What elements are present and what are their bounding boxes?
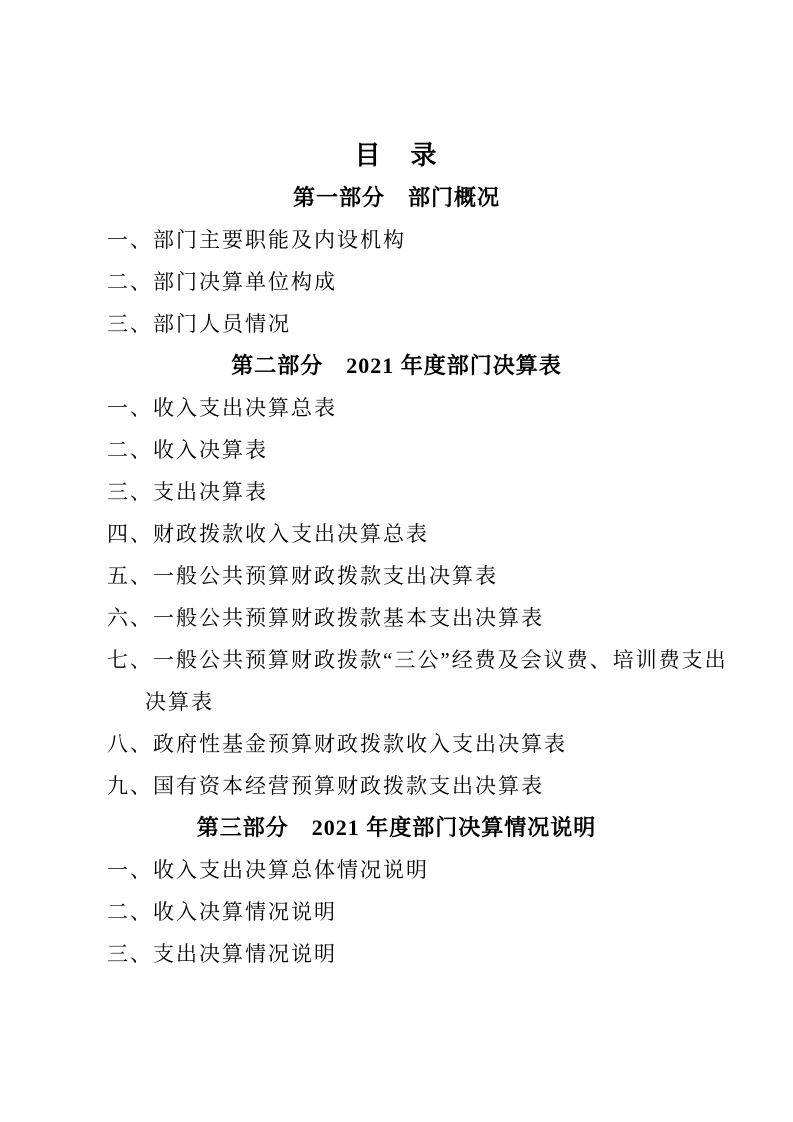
- toc-item-3-3: 三、支出决算情况说明: [0, 933, 793, 975]
- toc-item-2-7-continuation: 决算表: [0, 681, 793, 723]
- toc-item-1-1: 一、部门主要职能及内设机构: [0, 219, 793, 261]
- toc-item-2-6: 六、一般公共预算财政拨款基本支出决算表: [0, 597, 793, 639]
- toc-item-2-5: 五、一般公共预算财政拨款支出决算表: [0, 555, 793, 597]
- toc-item-2-4: 四、财政拨款收入支出决算总表: [0, 513, 793, 555]
- toc-item-2-3: 三、支出决算表: [0, 471, 793, 513]
- section-2-heading: 第二部分 2021 年度部门决算表: [0, 345, 793, 387]
- toc-item-3-2: 二、收入决算情况说明: [0, 891, 793, 933]
- toc-item-1-2: 二、部门决算单位构成: [0, 261, 793, 303]
- toc-item-1-3: 三、部门人员情况: [0, 303, 793, 345]
- toc-title: 目 录: [0, 135, 793, 177]
- toc-item-2-1: 一、收入支出决算总表: [0, 387, 793, 429]
- toc-item-2-9: 九、国有资本经营预算财政拨款支出决算表: [0, 765, 793, 807]
- toc-item-3-1: 一、收入支出决算总体情况说明: [0, 849, 793, 891]
- toc-item-2-7: 七、一般公共预算财政拨款“三公”经费及会议费、培训费支出: [0, 639, 793, 681]
- toc-item-2-8: 八、政府性基金预算财政拨款收入支出决算表: [0, 723, 793, 765]
- toc-item-2-2: 二、收入决算表: [0, 429, 793, 471]
- section-3-heading: 第三部分 2021 年度部门决算情况说明: [0, 807, 793, 849]
- document-page: 目 录 第一部分 部门概况 一、部门主要职能及内设机构 二、部门决算单位构成 三…: [0, 0, 793, 1122]
- section-1-heading: 第一部分 部门概况: [0, 177, 793, 219]
